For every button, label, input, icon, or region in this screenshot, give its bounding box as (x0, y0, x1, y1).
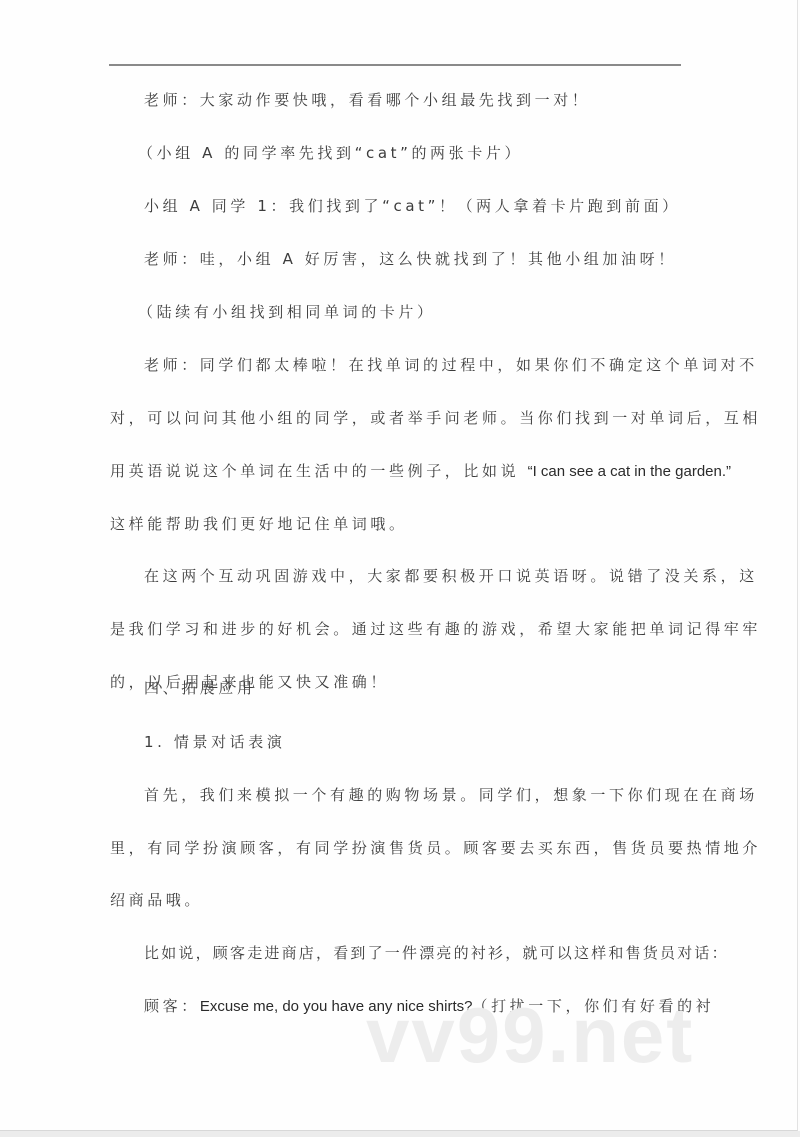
paragraph-teacher-guidance-line-1: 老师：同学们都太棒啦！在找单词的过程中，如果你们不确定这个单词对不 (144, 355, 682, 375)
paragraph-games-summary-line-1: 在这两个互动巩固游戏中，大家都要积极开口说英语呀。说错了没关系，这 (144, 566, 682, 586)
watermark: vv99.net (366, 995, 694, 1075)
paragraph-example-intro: 比如说，顾客走进商店，看到了一件漂亮的衬衫，就可以这样和售货员对话： (144, 943, 682, 963)
guidance-line-3-chinese: 用英语说说这个单词在生活中的一些例子，比如说 (110, 462, 519, 480)
document-page: 老师：大家动作要快哦，看看哪个小组最先找到一对！ （小组 A 的同学率先找到“c… (0, 0, 798, 1131)
paragraph-shopping-scene-line-1: 首先，我们来模拟一个有趣的购物场景。同学们，想象一下你们现在在商场 (144, 785, 682, 805)
paragraph-teacher-hurry: 老师：大家动作要快哦，看看哪个小组最先找到一对！ (144, 90, 682, 110)
section-heading-extension: 四、拓展应用 (144, 678, 682, 698)
paragraph-teacher-guidance-line-2: 对，可以问问其他小组的同学，或者举手问老师。当你们找到一对单词后，互相 (110, 408, 682, 428)
paragraph-teacher-guidance-line-3: 用英语说说这个单词在生活中的一些例子，比如说 “I can see a cat … (110, 461, 682, 481)
paragraph-shopping-scene-line-3: 绍商品哦。 (110, 890, 682, 910)
speaker-label: 顾客： (144, 997, 200, 1015)
page-bottom-edge (0, 1131, 800, 1137)
paragraph-other-groups: （陆续有小组找到相同单词的卡片） (138, 302, 676, 322)
paragraph-group-a-found: （小组 A 的同学率先找到“cat”的两张卡片） (138, 143, 676, 163)
header-rule (109, 64, 681, 66)
paragraph-group-a-student: 小组 A 同学 1：我们找到了“cat”！（两人拿着卡片跑到前面） (144, 196, 682, 216)
paragraph-teacher-praise: 老师：哇，小组 A 好厉害，这么快就找到了！其他小组加油呀！ (144, 249, 682, 269)
paragraph-games-summary-line-2: 是我们学习和进步的好机会。通过这些有趣的游戏，希望大家能把单词记得牢牢 (110, 619, 682, 639)
paragraph-teacher-guidance-line-4: 这样能帮助我们更好地记住单词哦。 (110, 514, 682, 534)
subsection-heading-dialogue: 1. 情景对话表演 (144, 732, 682, 752)
paragraph-shopping-scene-line-2: 里，有同学扮演顾客，有同学扮演售货员。顾客要去买东西，售货员要热情地介 (110, 838, 682, 858)
english-example-sentence: “I can see a cat in the garden.” (528, 463, 731, 480)
